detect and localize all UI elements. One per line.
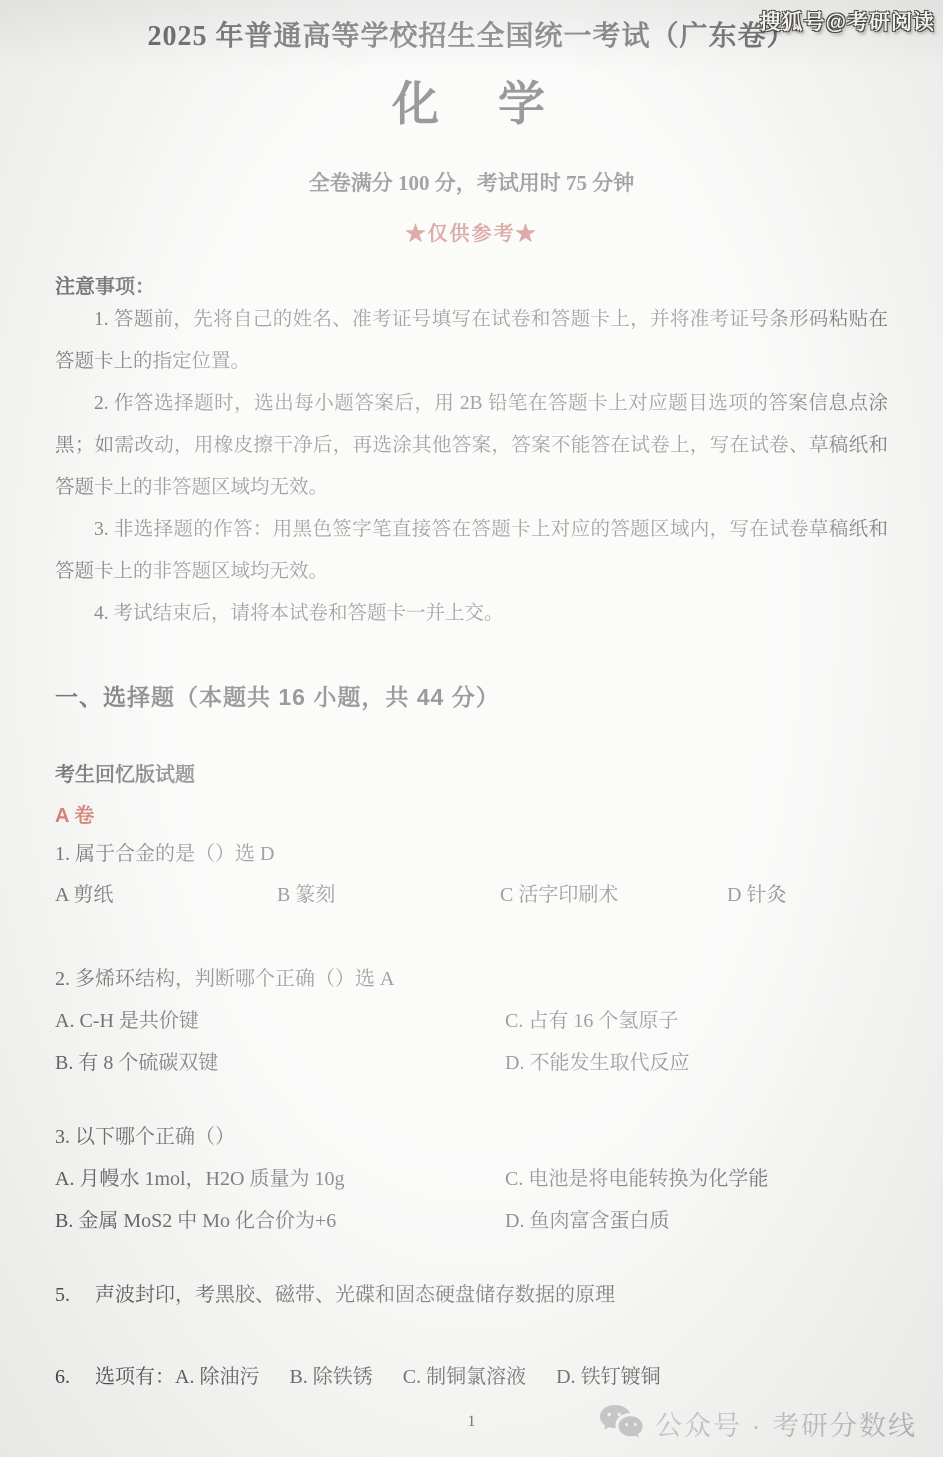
notice-item-1: 1. 答题前，先将自己的姓名、准考证号填写在试卷和答题卡上，并将准考证号条形码粘…: [55, 299, 888, 383]
wechat-icon: [597, 1403, 645, 1443]
question-2: 2. 多烯环结构，判断哪个正确（）选 A A. C-H 是共价键 C. 占有 1…: [55, 965, 888, 1077]
question-5-number: 5.: [55, 1281, 95, 1309]
notice-item-3: 3. 非选择题的作答：用黑色签字笔直接答在答题卡上对应的答题区域内，写在试卷草稿…: [55, 509, 888, 593]
question-1-option-b: B 篆刻: [277, 881, 500, 909]
question-6-number: 6.: [55, 1363, 95, 1391]
question-1-options: A 剪纸 B 篆刻 C 活字印刷术 D 针灸: [55, 881, 888, 909]
question-6-option-d: D. 铁钉镀铜: [556, 1363, 660, 1391]
notice-heading: 注意事项：: [55, 270, 888, 299]
question-2-option-d: D. 不能发生取代反应: [505, 1049, 689, 1077]
question-1-option-a: A 剪纸: [55, 881, 277, 909]
question-1: 1. 属于合金的是（）选 D A 剪纸 B 篆刻 C 活字印刷术 D 针灸: [55, 840, 888, 909]
question-2-text: 2. 多烯环结构，判断哪个正确（）选 A: [55, 965, 888, 993]
question-3-option-b: B. 金属 MoS2 中 Mo 化合价为+6: [55, 1207, 505, 1235]
question-3-option-d: D. 鱼肉富含蛋白质: [505, 1207, 669, 1235]
question-6-option-c: C. 制铜氯溶液: [403, 1363, 526, 1391]
reference-note: ★仅供参考★: [55, 217, 888, 246]
notice-item-4: 4. 考试结束后，请将本试卷和答题卡一并上交。: [55, 593, 888, 635]
question-3-options-row-1: A. 月幔水 1mol，H2O 质量为 10g C. 电池是将电能转换为化学能: [55, 1165, 888, 1193]
notice-item-2: 2. 作答选择题时，选出每小题答案后，用 2B 铅笔在答题卡上对应题目选项的答案…: [55, 383, 888, 509]
question-3-option-a: A. 月幔水 1mol，H2O 质量为 10g: [55, 1165, 505, 1193]
bottom-watermark-text: 公众号 · 考研分数线: [655, 1404, 917, 1443]
question-6-options: A. 除油污 B. 除铁锈 C. 制铜氯溶液 D. 铁钉镀铜: [175, 1363, 691, 1391]
question-3-text: 3. 以下哪个正确（）: [55, 1123, 888, 1151]
question-2-option-b: B. 有 8 个硫碳双键: [55, 1049, 505, 1077]
recall-version-label: 考生回忆版试题: [55, 758, 888, 787]
question-2-option-c: C. 占有 16 个氢原子: [505, 1007, 678, 1035]
subject-title: 化 学: [55, 80, 888, 132]
section-heading: 一、选择题（本题共 16 小题，共 44 分）: [55, 679, 888, 712]
question-2-options-row-2: B. 有 8 个硫碳双键 D. 不能发生取代反应: [55, 1049, 888, 1077]
question-6-option-b: B. 除铁锈: [289, 1363, 372, 1391]
question-3-options-row-2: B. 金属 MoS2 中 Mo 化合价为+6 D. 鱼肉富含蛋白质: [55, 1207, 888, 1235]
question-5-text: 声波封印，考黑胶、磁带、光碟和固态硬盘储存数据的原理: [95, 1281, 615, 1309]
question-3-option-c: C. 电池是将电能转换为化学能: [505, 1165, 768, 1193]
question-2-options-row-1: A. C-H 是共价键 C. 占有 16 个氢原子: [55, 1007, 888, 1035]
question-1-option-d: D 针灸: [727, 881, 786, 909]
exam-paper-page: 搜狐号@考研阅读 2025 年普通高等学校招生全国统一考试（广东卷） 化 学 全…: [0, 0, 943, 1457]
question-3: 3. 以下哪个正确（） A. 月幔水 1mol，H2O 质量为 10g C. 电…: [55, 1123, 888, 1235]
question-6-label: 选项有：: [95, 1363, 175, 1391]
question-6: 6. 选项有： A. 除油污 B. 除铁锈 C. 制铜氯溶液 D. 铁钉镀铜: [55, 1363, 888, 1391]
bottom-watermark: 公众号 · 考研分数线: [597, 1403, 917, 1443]
paper-a-label: A 卷: [55, 799, 888, 828]
question-1-option-c: C 活字印刷术: [500, 881, 727, 909]
top-right-watermark: 搜狐号@考研阅读: [760, 6, 935, 36]
question-2-option-a: A. C-H 是共价键: [55, 1007, 505, 1035]
question-6-option-a: A. 除油污: [175, 1363, 259, 1391]
question-1-text: 1. 属于合金的是（）选 D: [55, 840, 888, 868]
page-number: 1: [468, 1413, 476, 1431]
notice-section: 注意事项： 1. 答题前，先将自己的姓名、准考证号填写在试卷和答题卡上，并将准考…: [55, 270, 888, 635]
page-content: 2025 年普通高等学校招生全国统一考试（广东卷） 化 学 全卷满分 100 分…: [0, 14, 943, 1391]
exam-info-line: 全卷满分 100 分，考试用时 75 分钟: [55, 167, 888, 197]
question-5: 5. 声波封印，考黑胶、磁带、光碟和固态硬盘储存数据的原理: [55, 1281, 888, 1309]
